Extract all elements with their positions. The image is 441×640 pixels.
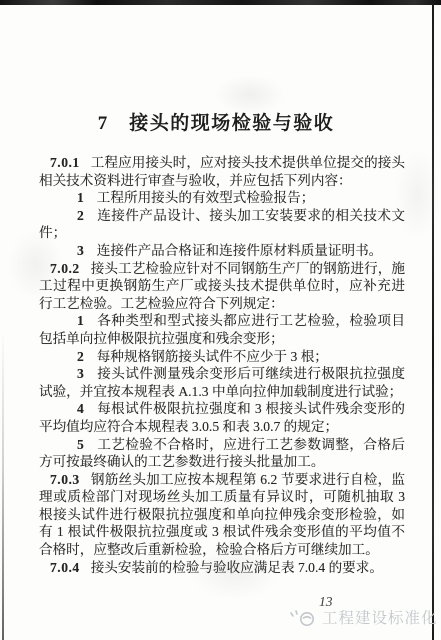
clause-7-0-1-item-3: 3连接件产品合格证和连接件原材料质量证明书。 <box>39 242 405 260</box>
document-body: 7.0.1工程应用接头时，应对接头技术提供单位提交的接头相关技术资料进行审查与验… <box>39 154 405 576</box>
scanned-document-page: 7 接头的现场检验与验收 7.0.1工程应用接头时，应对接头技术提供单位提交的接… <box>0 0 441 640</box>
clause-text: 工程应用接头时，应对接头技术提供单位提交的接头相关技术资料进行审查与验收，并应包… <box>39 155 405 188</box>
clause-text: 接头工艺检验应针对不同钢筋生产厂的钢筋进行，施工过程中更换钢筋生产厂或接头技术提… <box>39 261 405 311</box>
item-number: 2 <box>77 349 84 364</box>
item-number: 1 <box>77 190 84 205</box>
item-number: 3 <box>77 366 84 381</box>
clause-7-0-3: 7.0.3钢筋丝头加工应按本规程第 6.2 节要求进行自检，监理或质检部门对现场… <box>39 471 405 559</box>
clause-text: 接头安装前的检验与验收应满足表 7.0.4 的要求。 <box>91 560 383 575</box>
item-text: 工程所用接头的有效型式检验报告； <box>97 190 315 205</box>
clause-7-0-2: 7.0.2接头工艺检验应针对不同钢筋生产厂的钢筋进行，施工过程中更换钢筋生产厂或… <box>39 260 405 313</box>
clause-7-0-2-item-5: 5工艺检验不合格时，应进行工艺参数调整，合格后方可按最终确认的工艺参数进行接头批… <box>39 436 405 471</box>
clause-text: 钢筋丝头加工应按本规程第 6.2 节要求进行自检，监理或质检部门对现场丝头加工质… <box>39 472 405 557</box>
item-text: 接头试件测量残余变形后可继续进行极限抗拉强度试验，并宜按本规程表 A.1.3 中… <box>39 366 405 399</box>
item-number: 3 <box>77 243 84 258</box>
clause-number: 7.0.2 <box>50 261 80 276</box>
clause-7-0-1: 7.0.1工程应用接头时，应对接头技术提供单位提交的接头相关技术资料进行审查与验… <box>39 154 405 189</box>
watermark-text: 工程建设标准化 <box>322 606 438 628</box>
item-number: 2 <box>77 208 84 223</box>
clause-7-0-2-item-4: 4每根试件极限抗拉强度和 3 根接头试件残余变形的平均值均应符合本规程表 3.0… <box>39 400 405 435</box>
item-text: 每种规格钢筋接头试件不应少于 3 根； <box>97 349 328 364</box>
clause-7-0-4: 7.0.4接头安装前的检验与验收应满足表 7.0.4 的要求。 <box>39 559 405 577</box>
clause-number: 7.0.1 <box>50 155 80 170</box>
clause-7-0-1-item-2: 2连接件产品设计、接头加工安装要求的相关技术文件； <box>39 207 405 242</box>
clause-7-0-1-item-1: 1工程所用接头的有效型式检验报告； <box>39 189 405 207</box>
item-text: 工艺检验不合格时，应进行工艺参数调整，合格后方可按最终确认的工艺参数进行接头批量… <box>39 437 405 470</box>
clause-number: 7.0.4 <box>50 560 80 575</box>
item-text: 连接件产品合格证和连接件原材料质量证明书。 <box>97 243 382 258</box>
chapter-title: 7 接头的现场检验与验收 <box>0 108 432 135</box>
item-text: 每根试件极限抗拉强度和 3 根接头试件残余变形的平均值均应符合本规程表 3.0.… <box>39 401 405 434</box>
item-text: 各种类型和型式接头都应进行工艺检验，检验项目包括单向拉伸极限抗拉强度和残余变形； <box>39 313 405 346</box>
watermark: 工程建设标准化 <box>288 606 438 628</box>
clause-7-0-2-item-2: 2每种规格钢筋接头试件不应少于 3 根； <box>39 348 405 366</box>
scan-right-edge <box>432 3 434 640</box>
scan-left-edge <box>2 330 4 640</box>
clause-7-0-2-item-1: 1各种类型和型式接头都应进行工艺检验，检验项目包括单向拉伸极限抗拉强度和残余变形… <box>39 312 405 347</box>
page-number: 13 <box>319 594 333 610</box>
item-text: 连接件产品设计、接头加工安装要求的相关技术文件； <box>39 208 405 241</box>
clause-7-0-2-item-3: 3接头试件测量残余变形后可继续进行极限抗拉强度试验，并宜按本规程表 A.1.3 … <box>39 365 405 400</box>
scan-top-edge <box>0 0 441 5</box>
watermark-logo-icon <box>288 607 320 627</box>
item-number: 1 <box>77 313 84 328</box>
clause-number: 7.0.3 <box>50 472 80 487</box>
item-number: 4 <box>77 401 84 416</box>
item-number: 5 <box>77 437 84 452</box>
